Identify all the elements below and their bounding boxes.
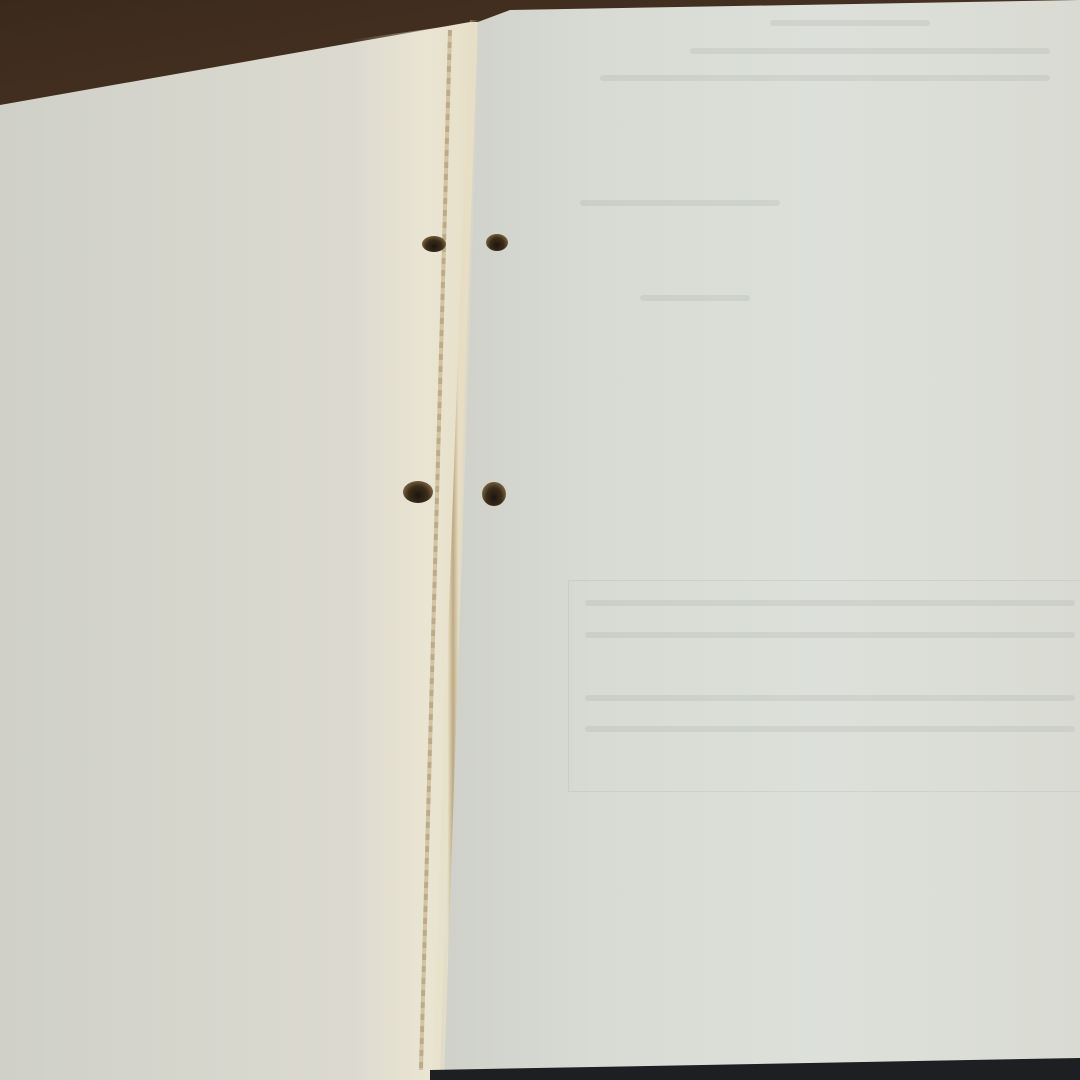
punch-hole-icon xyxy=(422,236,446,252)
show-through-line xyxy=(585,632,1075,638)
show-through-line xyxy=(585,695,1075,701)
show-through-line xyxy=(585,726,1075,732)
show-through-line xyxy=(770,20,930,26)
show-through-line xyxy=(640,295,750,301)
show-through-line xyxy=(580,200,780,206)
show-through-line xyxy=(585,600,1075,606)
show-through-line xyxy=(600,75,1050,81)
open-binder xyxy=(0,0,1080,1080)
punch-hole-icon xyxy=(403,481,433,503)
right-page xyxy=(440,0,1080,1080)
show-through-line xyxy=(690,48,1050,54)
punch-hole-icon xyxy=(482,482,506,506)
show-through-box xyxy=(568,580,1080,792)
punch-hole-icon xyxy=(486,234,508,251)
